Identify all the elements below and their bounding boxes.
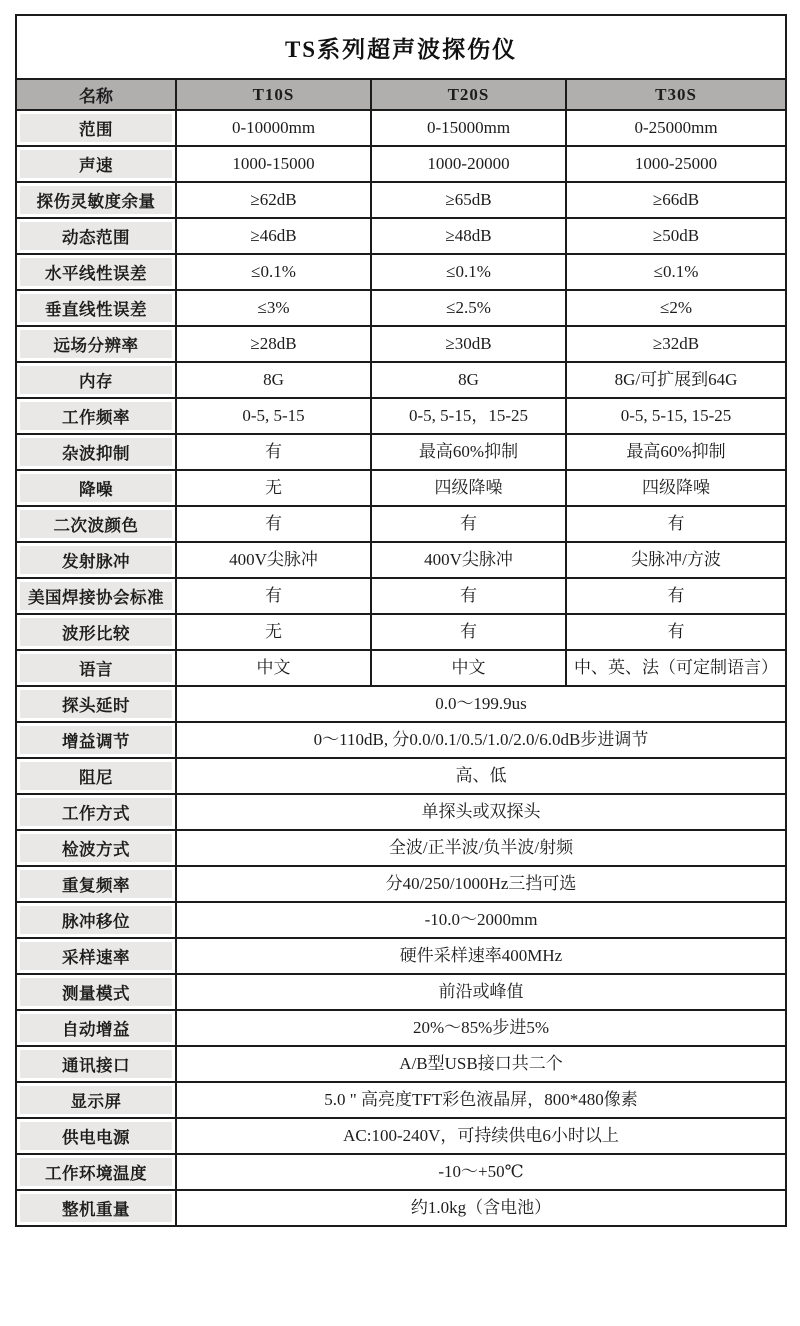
spec-value-t30s: 0-25000mm [566,110,786,146]
spec-value-t30s: 有 [566,578,786,614]
spec-value-t30s: 8G/可扩展到64G [566,362,786,398]
spec-value-t20s: 1000-20000 [371,146,566,182]
spec-value-t10s: 有 [176,506,371,542]
row-label: 二次波颜色 [16,506,176,542]
spec-value-t30s: 有 [566,506,786,542]
spec-row: 重复频率分40/250/1000Hz三挡可选 [16,866,786,902]
row-label: 语言 [16,650,176,686]
title-row: TS系列超声波探伤仪 [16,15,786,79]
spec-row: 水平线性误差≤0.1%≤0.1%≤0.1% [16,254,786,290]
spec-row: 杂波抑制有最高60%抑制最高60%抑制 [16,434,786,470]
spec-value-all-models: 高、低 [176,758,786,794]
row-label: 阻尼 [16,758,176,794]
spec-row: 波形比较无有有 [16,614,786,650]
spec-value-all-models: A/B型USB接口共二个 [176,1046,786,1082]
spec-value-all-models: -10.0～2000mm [176,902,786,938]
spec-row: 远场分辨率≥28dB≥30dB≥32dB [16,326,786,362]
spec-table: TS系列超声波探伤仪 名称 T10S T20S T30S 范围0-10000mm… [15,14,787,1227]
spec-row: 整机重量约1.0kg（含电池） [16,1190,786,1226]
spec-value-all-models: 前沿或峰值 [176,974,786,1010]
row-label: 显示屏 [16,1082,176,1118]
row-label: 工作方式 [16,794,176,830]
row-label: 降噪 [16,470,176,506]
spec-row: 检波方式全波/正半波/负半波/射频 [16,830,786,866]
row-label: 检波方式 [16,830,176,866]
spec-value-t30s: 最高60%抑制 [566,434,786,470]
spec-row: 通讯接口A/B型USB接口共二个 [16,1046,786,1082]
row-label: 远场分辨率 [16,326,176,362]
spec-value-t30s: ≤2% [566,290,786,326]
spec-value-t10s: 400V尖脉冲 [176,542,371,578]
spec-value-t10s: ≥46dB [176,218,371,254]
spec-sheet-page: TS系列超声波探伤仪 名称 T10S T20S T30S 范围0-10000mm… [0,0,800,1326]
row-label: 自动增益 [16,1010,176,1046]
spec-value-t20s: 有 [371,506,566,542]
spec-value-all-models: 20%～85%步进5% [176,1010,786,1046]
spec-value-all-models: 约1.0kg（含电池） [176,1190,786,1226]
spec-row: 美国焊接协会标准有有有 [16,578,786,614]
spec-value-t30s: ≥32dB [566,326,786,362]
spec-row: 内存8G8G8G/可扩展到64G [16,362,786,398]
spec-value-t20s: 0-5, 5-15，15-25 [371,398,566,434]
row-label: 波形比较 [16,614,176,650]
row-label: 整机重量 [16,1190,176,1226]
row-label: 发射脉冲 [16,542,176,578]
spec-value-t10s: 8G [176,362,371,398]
column-header-model-t20s: T20S [371,79,566,110]
row-label: 脉冲移位 [16,902,176,938]
spec-value-t30s: 四级降噪 [566,470,786,506]
shared-spec-rows: 探头延时0.0～199.9us增益调节0～110dB, 分0.0/0.1/0.5… [16,686,786,1226]
row-label: 水平线性误差 [16,254,176,290]
spec-row: 脉冲移位-10.0～2000mm [16,902,786,938]
row-label: 重复频率 [16,866,176,902]
spec-row: 二次波颜色有有有 [16,506,786,542]
row-label: 供电电源 [16,1118,176,1154]
spec-value-t30s: 1000-25000 [566,146,786,182]
column-header-model-t10s: T10S [176,79,371,110]
spec-value-all-models: 0～110dB, 分0.0/0.1/0.5/1.0/2.0/6.0dB步进调节 [176,722,786,758]
spec-row: 探伤灵敏度余量≥62dB≥65dB≥66dB [16,182,786,218]
spec-value-all-models: 单探头或双探头 [176,794,786,830]
spec-row: 声速1000-150001000-200001000-25000 [16,146,786,182]
spec-value-all-models: -10～+50℃ [176,1154,786,1190]
spec-value-t20s: 400V尖脉冲 [371,542,566,578]
spec-value-t10s: ≥62dB [176,182,371,218]
table-header-row: 名称 T10S T20S T30S [16,79,786,110]
column-header-model-t30s: T30S [566,79,786,110]
spec-value-t20s: 8G [371,362,566,398]
spec-value-t10s: ≥28dB [176,326,371,362]
spec-row: 测量模式前沿或峰值 [16,974,786,1010]
row-label: 测量模式 [16,974,176,1010]
row-label: 采样速率 [16,938,176,974]
row-label: 内存 [16,362,176,398]
spec-value-t10s: 中文 [176,650,371,686]
spec-row: 采样速率硬件采样速率400MHz [16,938,786,974]
spec-row: 语言中文中文中、英、法（可定制语言） [16,650,786,686]
page-title: TS系列超声波探伤仪 [16,15,786,79]
spec-value-t10s: 0-5, 5-15 [176,398,371,434]
spec-value-t20s: ≤2.5% [371,290,566,326]
row-label: 探伤灵敏度余量 [16,182,176,218]
row-label: 增益调节 [16,722,176,758]
row-label: 范围 [16,110,176,146]
spec-value-all-models: AC:100-240V，可持续供电6小时以上 [176,1118,786,1154]
model-comparison-rows: 范围0-10000mm0-15000mm0-25000mm声速1000-1500… [16,110,786,686]
row-label: 工作环境温度 [16,1154,176,1190]
spec-row: 供电电源AC:100-240V，可持续供电6小时以上 [16,1118,786,1154]
spec-value-t10s: 无 [176,614,371,650]
spec-value-t30s: 有 [566,614,786,650]
row-label: 动态范围 [16,218,176,254]
spec-value-t10s: 有 [176,434,371,470]
spec-row: 增益调节0～110dB, 分0.0/0.1/0.5/1.0/2.0/6.0dB步… [16,722,786,758]
spec-row: 工作方式单探头或双探头 [16,794,786,830]
spec-row: 动态范围≥46dB≥48dB≥50dB [16,218,786,254]
spec-value-all-models: 全波/正半波/负半波/射频 [176,830,786,866]
spec-value-t20s: ≥30dB [371,326,566,362]
spec-value-t20s: 有 [371,578,566,614]
spec-value-all-models: 0.0～199.9us [176,686,786,722]
spec-value-all-models: 5.0 " 高亮度TFT彩色液晶屏，800*480像素 [176,1082,786,1118]
spec-value-t10s: 1000-15000 [176,146,371,182]
spec-value-t30s: 0-5, 5-15, 15-25 [566,398,786,434]
spec-value-t10s: ≤3% [176,290,371,326]
spec-value-t30s: 尖脉冲/方波 [566,542,786,578]
spec-value-t30s: ≥50dB [566,218,786,254]
spec-row: 降噪无四级降噪四级降噪 [16,470,786,506]
spec-value-t20s: 0-15000mm [371,110,566,146]
spec-value-t10s: 无 [176,470,371,506]
row-label: 垂直线性误差 [16,290,176,326]
row-label: 杂波抑制 [16,434,176,470]
spec-value-t20s: ≤0.1% [371,254,566,290]
spec-row: 工作环境温度-10～+50℃ [16,1154,786,1190]
spec-value-all-models: 分40/250/1000Hz三挡可选 [176,866,786,902]
spec-row: 垂直线性误差≤3%≤2.5%≤2% [16,290,786,326]
spec-value-t30s: ≤0.1% [566,254,786,290]
row-label: 工作频率 [16,398,176,434]
spec-row: 阻尼高、低 [16,758,786,794]
row-label: 探头延时 [16,686,176,722]
spec-value-t30s: 中、英、法（可定制语言） [566,650,786,686]
spec-value-t20s: ≥48dB [371,218,566,254]
spec-row: 发射脉冲400V尖脉冲400V尖脉冲尖脉冲/方波 [16,542,786,578]
spec-row: 显示屏5.0 " 高亮度TFT彩色液晶屏，800*480像素 [16,1082,786,1118]
spec-value-all-models: 硬件采样速率400MHz [176,938,786,974]
spec-row: 自动增益20%～85%步进5% [16,1010,786,1046]
spec-value-t30s: ≥66dB [566,182,786,218]
spec-value-t10s: 有 [176,578,371,614]
row-label: 美国焊接协会标准 [16,578,176,614]
spec-value-t10s: 0-10000mm [176,110,371,146]
spec-row: 范围0-10000mm0-15000mm0-25000mm [16,110,786,146]
row-label: 声速 [16,146,176,182]
spec-value-t20s: 中文 [371,650,566,686]
spec-row: 工作频率0-5, 5-150-5, 5-15，15-250-5, 5-15, 1… [16,398,786,434]
spec-value-t20s: ≥65dB [371,182,566,218]
row-label: 通讯接口 [16,1046,176,1082]
column-header-name: 名称 [16,79,176,110]
spec-value-t20s: 最高60%抑制 [371,434,566,470]
spec-value-t20s: 有 [371,614,566,650]
spec-value-t10s: ≤0.1% [176,254,371,290]
spec-row: 探头延时0.0～199.9us [16,686,786,722]
spec-value-t20s: 四级降噪 [371,470,566,506]
